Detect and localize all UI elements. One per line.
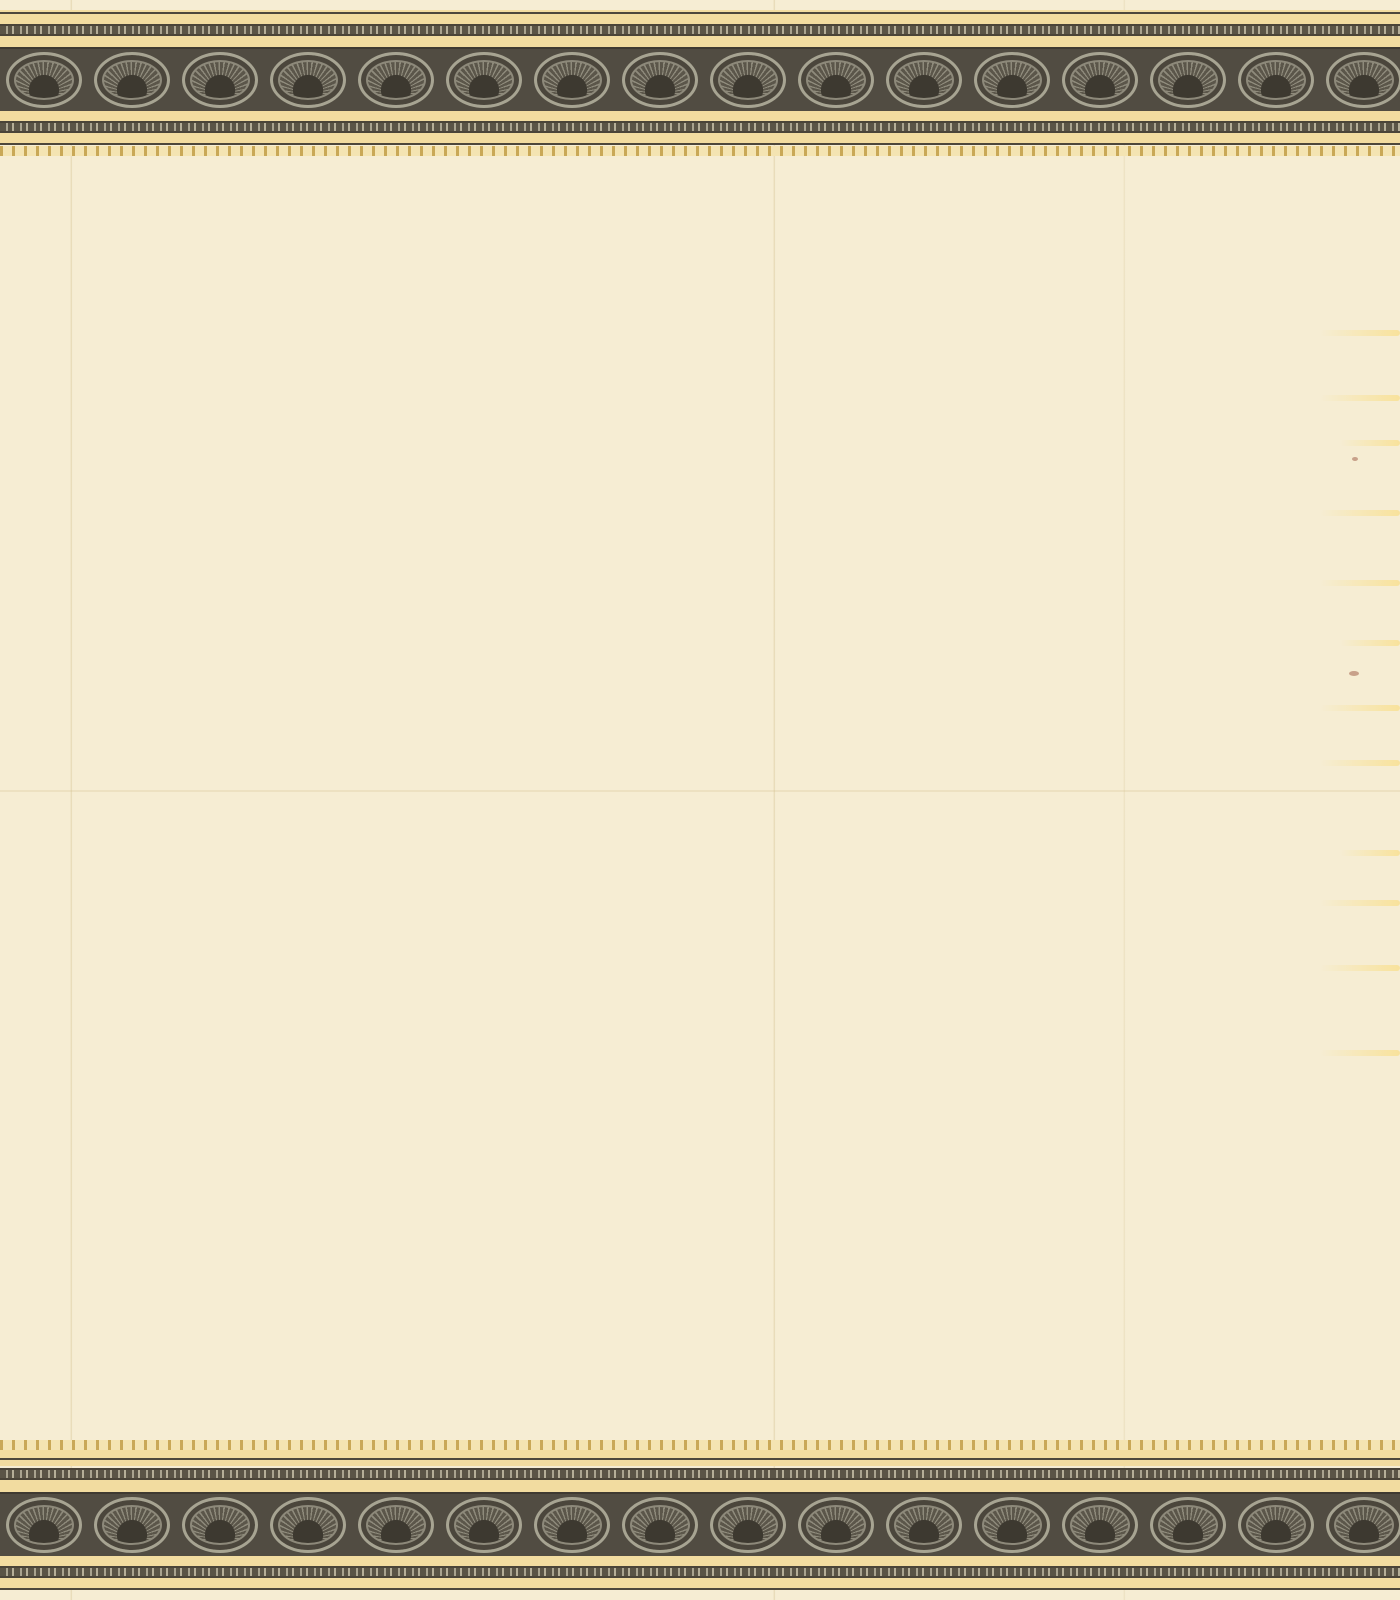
fringe-thread: [1320, 900, 1400, 906]
medallion-motif: [710, 52, 786, 108]
stain-mark: [1352, 457, 1358, 461]
fringe-thread: [1320, 1050, 1400, 1056]
fringe-thread: [1320, 395, 1400, 401]
fringe-thread: [1340, 440, 1400, 446]
fabric-body: [0, 0, 1400, 1600]
medallion-motif: [1062, 1497, 1138, 1553]
medallion-motif: [94, 1497, 170, 1553]
bottom-border: [0, 1438, 1400, 1600]
medallion-motif: [798, 1497, 874, 1553]
tooth-trim: [0, 146, 1400, 156]
medallion-motif: [886, 1497, 962, 1553]
thin-pattern-stripe: [0, 1566, 1400, 1578]
tooth-trim: [0, 1440, 1400, 1450]
thin-pattern-stripe: [0, 1468, 1400, 1480]
medallion-motif: [94, 52, 170, 108]
medallion-motif: [974, 1497, 1050, 1553]
medallion-motif: [886, 52, 962, 108]
fold-line: [1123, 0, 1126, 1600]
hairline: [0, 1588, 1400, 1590]
thin-pattern-stripe: [0, 24, 1400, 36]
medallion-motif: [270, 1497, 346, 1553]
medallion-motif: [1150, 52, 1226, 108]
fringe-thread: [1320, 330, 1400, 336]
medallion-motif: [534, 1497, 610, 1553]
medallion-motif: [1326, 52, 1400, 108]
medallion-motif: [358, 1497, 434, 1553]
fold-line: [70, 0, 73, 1600]
medallion-motif: [6, 1497, 82, 1553]
hairline: [0, 12, 1400, 14]
medallion-motif: [1062, 52, 1138, 108]
fringe-thread: [1320, 965, 1400, 971]
fringe-thread: [1320, 510, 1400, 516]
medallion-motif: [974, 52, 1050, 108]
medallion-motif: [182, 1497, 258, 1553]
medallion-band: [0, 1492, 1400, 1558]
medallion-motif: [446, 52, 522, 108]
gold-stripe: [0, 1480, 1400, 1492]
medallion-motif: [622, 1497, 698, 1553]
medallion-motif: [710, 1497, 786, 1553]
fringe-thread: [1320, 580, 1400, 586]
fold-line: [773, 0, 776, 1600]
fringe-thread: [1340, 850, 1400, 856]
medallion-motif: [1326, 1497, 1400, 1553]
fringe-thread: [1340, 640, 1400, 646]
medallion-motif: [798, 52, 874, 108]
fringe-thread: [1320, 760, 1400, 766]
gold-stripe: [0, 1578, 1400, 1588]
medallion-motif: [446, 1497, 522, 1553]
medallion-motif: [270, 52, 346, 108]
hairline: [0, 143, 1400, 145]
medallion-motif: [1238, 52, 1314, 108]
gold-stripe: [0, 111, 1400, 121]
fringe-thread: [1320, 705, 1400, 711]
medallion-band: [0, 47, 1400, 113]
top-border: [0, 0, 1400, 160]
hairline: [0, 1458, 1400, 1460]
gold-stripe: [0, 36, 1400, 47]
medallion-motif: [1238, 1497, 1314, 1553]
gold-stripe: [0, 1556, 1400, 1566]
medallion-motif: [622, 52, 698, 108]
medallion-motif: [1150, 1497, 1226, 1553]
medallion-motif: [6, 52, 82, 108]
medallion-motif: [358, 52, 434, 108]
medallion-motif: [534, 52, 610, 108]
fold-line: [0, 790, 1400, 792]
stain-mark: [1349, 671, 1359, 676]
thin-pattern-stripe: [0, 121, 1400, 133]
medallion-motif: [182, 52, 258, 108]
